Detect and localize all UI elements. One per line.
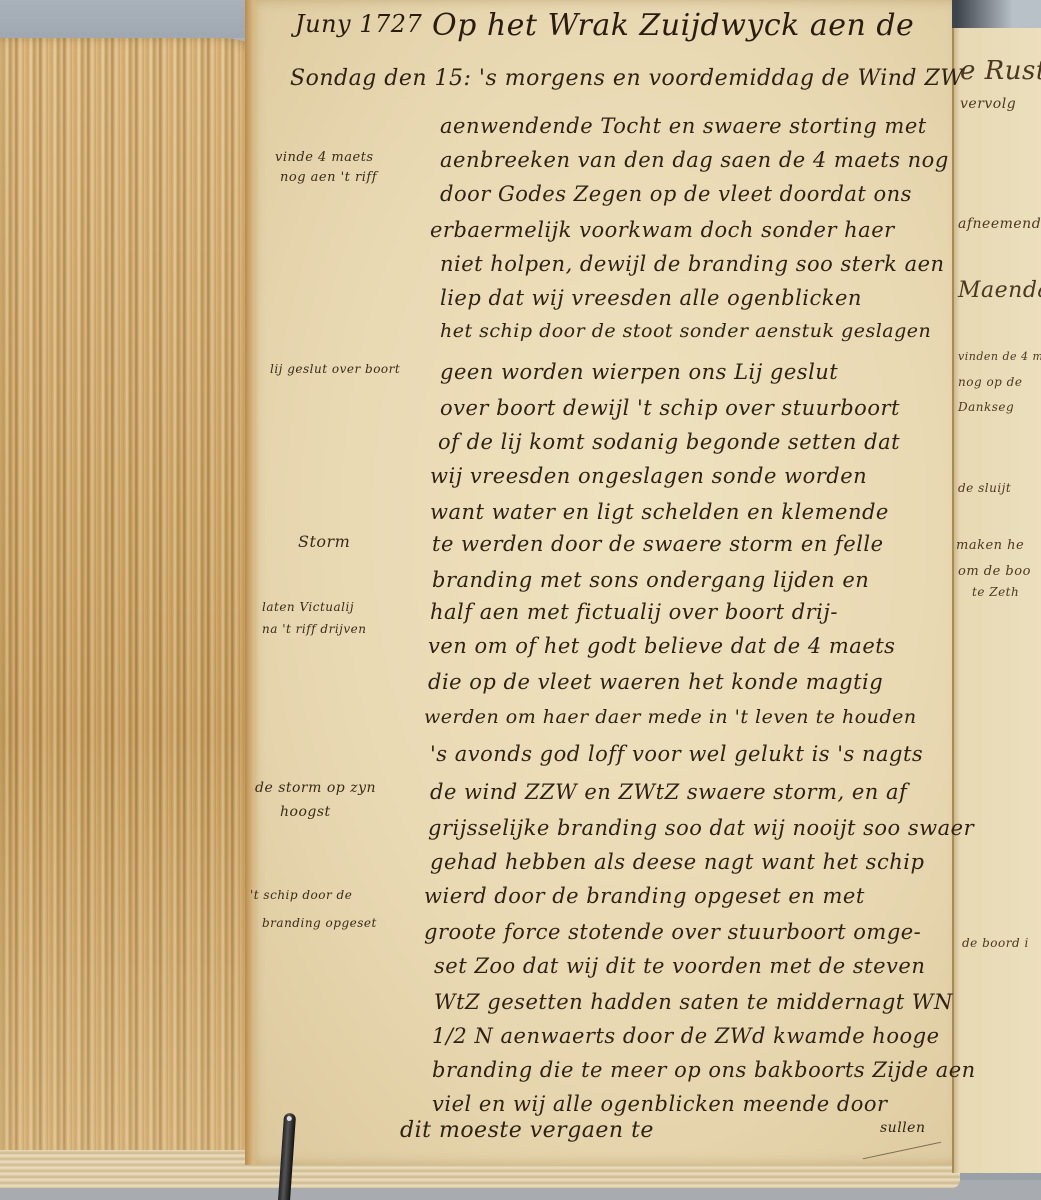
text-line: door Godes Zegen op de vleet doordat ons <box>440 182 912 206</box>
facing-page-fragment: de sluijt <box>958 481 1011 495</box>
text-line: liep dat wij vreesden alle ogenblicken <box>440 286 862 310</box>
text-line: wij vreesden ongeslagen sonde worden <box>430 464 867 488</box>
facing-page-fragment: maken he <box>956 538 1024 553</box>
text-line: viel en wij alle ogenblicken meende door <box>432 1092 888 1116</box>
text-line: dit moeste vergaen te <box>400 1118 654 1143</box>
book-page-edges <box>0 38 262 1188</box>
marginal-note: 't schip door de <box>250 888 352 902</box>
text-line: WtZ gesetten hadden saten te middernagt … <box>434 990 953 1014</box>
facing-page-fragment: Maendag <box>958 278 1041 303</box>
text-line: erbaermelijk voorkwam doch sonder haer <box>430 218 895 242</box>
facing-page-fragment: afneemend <box>958 216 1041 232</box>
marginal-note: laten Victualij <box>262 600 354 614</box>
text-line: groote force stotende over stuurboort om… <box>424 920 921 944</box>
facing-page-fragment: nog op de <box>958 375 1022 389</box>
text-line: Sondag den 15: 's morgens en voordemidda… <box>290 66 963 91</box>
text-line: de wind ZZW en ZWtZ swaere storm, en af <box>430 780 907 804</box>
text-line: aenwendende Tocht en swaere storting met <box>440 114 927 138</box>
marginal-note: Storm <box>298 532 350 551</box>
text-line: half aen met fictualij over boort drij- <box>430 600 838 624</box>
text-line: grijsselijke branding soo dat wij nooijt… <box>428 816 974 840</box>
catchword: sullen <box>880 1120 925 1136</box>
facing-page-fragment: Dankseg <box>958 400 1014 414</box>
facing-page: e Rust vervolg afneemend Maendag vinden … <box>952 28 1041 1173</box>
marginal-note: lij geslut over boort <box>270 362 400 376</box>
text-line: over boort dewijl 't schip over stuurboo… <box>440 396 900 420</box>
text-line: 's avonds god loff voor wel gelukt is 's… <box>430 742 923 766</box>
text-line: niet holpen, dewijl de branding soo ster… <box>440 252 945 276</box>
marginal-note: vinde 4 maets <box>275 150 374 165</box>
page-title: Op het Wrak Zuijdwyck aen de <box>432 8 914 43</box>
text-line: te werden door de swaere storm en felle <box>432 532 884 556</box>
marginal-note: nog aen 't riff <box>280 170 377 185</box>
page-gutter-shadow <box>245 0 259 1165</box>
text-line: branding die te meer op ons bakboorts Zi… <box>432 1058 976 1082</box>
text-line: aenbreeken van den dag saen de 4 maets n… <box>440 148 949 172</box>
text-line: want water en ligt schelden en klemende <box>430 500 889 524</box>
facing-page-fragment: de boord i <box>962 936 1029 950</box>
facing-page-fragment: om de boo <box>958 564 1031 579</box>
facing-page-fragment: vinden de 4 m <box>958 350 1041 363</box>
text-line: wierd door de branding opgeset en met <box>424 884 865 908</box>
facing-page-fragment: te Zeth <box>972 585 1019 599</box>
marginal-note: branding opgeset <box>262 916 377 930</box>
text-line: gehad hebben als deese nagt want het sch… <box>430 850 924 874</box>
facing-page-fragment: vervolg <box>960 96 1016 112</box>
text-line: of de lij komt sodanig begonde setten da… <box>438 430 900 454</box>
text-line: branding met sons ondergang lijden en <box>432 568 869 592</box>
text-line: 1/2 N aenwaerts door de ZWd kwamde hooge <box>432 1024 940 1048</box>
facing-page-fragment: e Rust <box>960 56 1041 86</box>
date-heading: Juny 1727 <box>295 10 422 38</box>
text-line: geen worden wierpen ons Lij geslut <box>440 360 838 384</box>
text-line: die op de vleet waeren het konde magtig <box>428 670 883 694</box>
marginal-note: de storm op zyn <box>255 780 376 796</box>
marginal-note: hoogst <box>280 804 331 820</box>
text-line: set Zoo dat wij dit te voorden met de st… <box>434 954 925 978</box>
text-line: werden om haer daer mede in 't leven te … <box>424 706 917 728</box>
text-line: ven om of het godt believe dat de 4 maet… <box>428 634 895 658</box>
text-line: het schip door de stoot sonder aenstuk g… <box>440 320 931 342</box>
marginal-note: na 't riff drijven <box>262 622 367 636</box>
